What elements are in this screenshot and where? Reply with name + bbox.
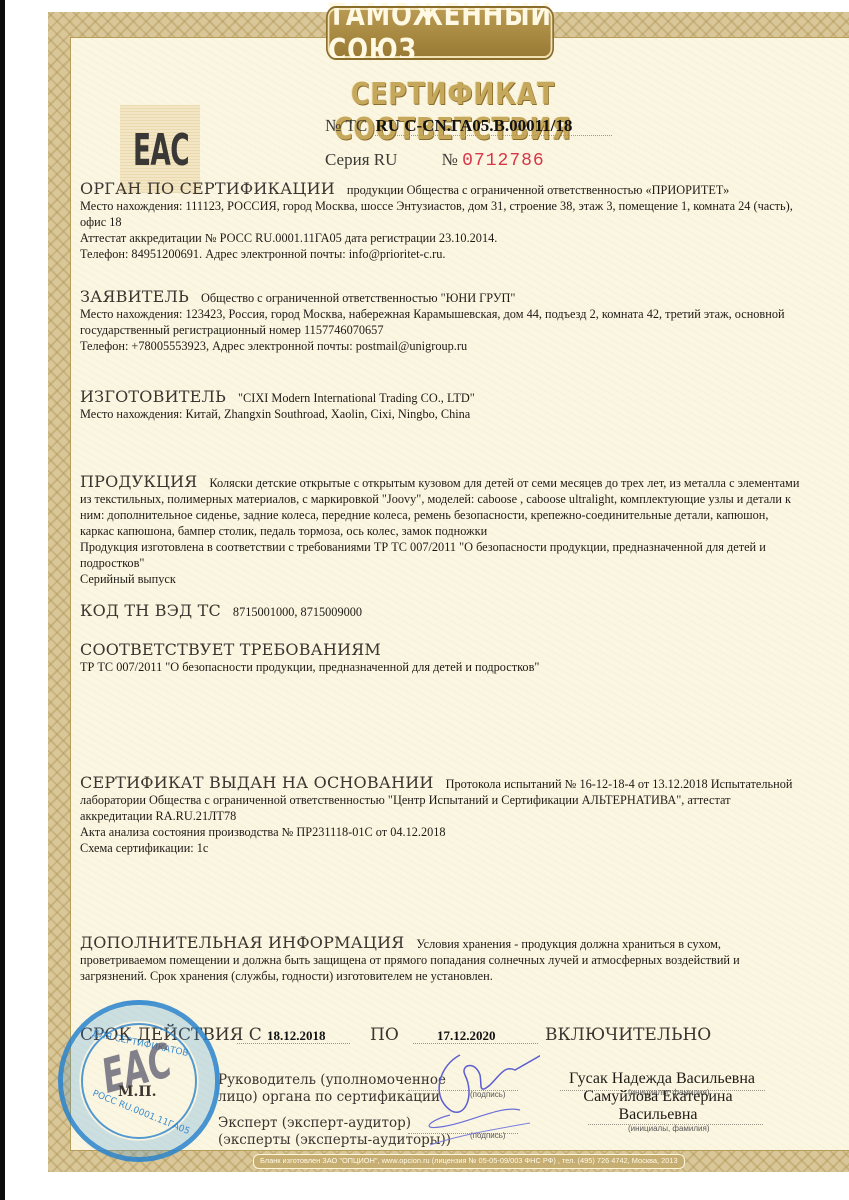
head-name: Гусак Надежда Васильевна (532, 1070, 792, 1088)
section-heading: ОРГАН ПО СЕРТИФИКАЦИИ (80, 179, 335, 198)
certificate-title: СЕРТИФИКАТ СООТВЕТСТВИЯ (293, 77, 614, 147)
expert-name-line1: Самуйлова Екатерина (528, 1088, 788, 1106)
section-heading: КОД ТН ВЭД ТС (80, 601, 221, 620)
section-heading: ПРОДУКЦИЯ (80, 472, 197, 491)
validity-from-date: 18.12.2018 (267, 1028, 326, 1044)
manufacturer-name: "CIXI Modern International Trading CO., … (238, 391, 475, 405)
official-stamp: ДЛЯ СЕРТИФИКАТОВ EAC РОСС RU.0001.11ГА05 (58, 1000, 220, 1162)
section-heading: ИЗГОТОВИТЕЛЬ (80, 387, 226, 406)
section-manufacturer: ИЗГОТОВИТЕЛЬ"CIXI Modern International T… (80, 390, 805, 422)
body-name: продукции Общества с ограниченной ответс… (347, 183, 729, 197)
signature-icon (420, 1035, 540, 1155)
printer-note: Бланк изготовлен ЗАО "ОПЦИОН", www.opcio… (253, 1154, 685, 1169)
head-role-line1: Руководитель (уполномоченное (218, 1072, 446, 1089)
applicant-contacts: Телефон: +78005553923, Адрес электронной… (80, 338, 805, 354)
number-label: № ТС (325, 116, 367, 135)
head-role-line2: лицо) органа по сертификации (218, 1089, 446, 1106)
manufacturer-address: Место нахождения: Китай, Zhangxin Southr… (80, 406, 805, 422)
product-production-type: Серийный выпуск (80, 571, 805, 587)
applicant-name: Общество с ограниченной ответственностью… (201, 291, 515, 305)
section-heading: ДОПОЛНИТЕЛЬНАЯ ИНФОРМАЦИЯ (80, 933, 404, 952)
certificate-number: № ТС RU C-CN.ГА05.В.00011/18 (325, 116, 612, 136)
section-additional-info: ДОПОЛНИТЕЛЬНАЯ ИНФОРМАЦИЯУсловия хранени… (80, 936, 805, 984)
head-role: Руководитель (уполномоченное лицо) орган… (218, 1072, 446, 1106)
expert-role-line1: Эксперт (эксперт-аудитор) (218, 1115, 451, 1132)
basis-production-act: Акта анализа состояния производства № ПР… (80, 824, 805, 840)
section-heading: СЕРТИФИКАТ ВЫДАН НА ОСНОВАНИИ (80, 773, 434, 792)
requirements-value: ТР ТС 007/2011 "О безопасности продукции… (80, 659, 805, 675)
serial-number: 0712786 (462, 151, 545, 171)
section-tn-ved: КОД ТН ВЭД ТС8715001000, 8715009000 (80, 604, 805, 620)
section-certification-body: ОРГАН ПО СЕРТИФИКАЦИИпродукции Общества … (80, 182, 805, 262)
customs-union-banner: ТАМОЖЕННЫЙ СОЮЗ (328, 8, 553, 58)
section-basis: СЕРТИФИКАТ ВЫДАН НА ОСНОВАНИИПротокола и… (80, 776, 805, 856)
expert-role-line2: (эксперты (эксперты-аудиторы)) (218, 1132, 451, 1149)
series-label: Серия RU (325, 150, 397, 169)
validity-to-label: ПО (370, 1025, 399, 1045)
validity-inclusive-label: ВКЛЮЧИТЕЛЬНО (545, 1025, 711, 1045)
eac-logo-icon: EAC (133, 125, 189, 176)
basis-scheme: Схема сертификации: 1с (80, 840, 805, 856)
tn-ved-codes: 8715001000, 8715009000 (233, 605, 362, 619)
expert-name-caption: (инициалы, фамилия) (628, 1124, 710, 1133)
serial-label: № (442, 150, 458, 169)
expert-name-line2: Васильевна (528, 1106, 788, 1124)
expert-role: Эксперт (эксперт-аудитор) (эксперты (экс… (218, 1115, 451, 1149)
body-accreditation: Аттестат аккредитации № РОСС RU.0001.11Г… (80, 230, 805, 246)
seal-label: М.П. (118, 1084, 156, 1100)
certificate-series: Серия RU № 0712786 (325, 150, 545, 171)
body-contacts: Телефон: 84951200691. Адрес электронной … (80, 246, 805, 262)
section-heading: ЗАЯВИТЕЛЬ (80, 287, 189, 306)
section-heading: СООТВЕТСТВУЕТ ТРЕБОВАНИЯМ (80, 640, 381, 659)
scan-edge (0, 0, 5, 1200)
section-requirements: СООТВЕТСТВУЕТ ТРЕБОВАНИЯМ ТР ТС 007/2011… (80, 643, 805, 675)
number-value: RU C-CN.ГА05.В.00011/18 (375, 116, 612, 136)
section-applicant: ЗАЯВИТЕЛЬОбщество с ограниченной ответст… (80, 290, 805, 354)
applicant-address: Место нахождения: 123423, Россия, город … (80, 306, 805, 338)
product-standard: Продукция изготовлена в соответствии с т… (80, 539, 805, 571)
body-address: Место нахождения: 111123, РОССИЯ, город … (80, 198, 805, 230)
section-product: ПРОДУКЦИЯКоляски детские открытые с откр… (80, 475, 805, 587)
